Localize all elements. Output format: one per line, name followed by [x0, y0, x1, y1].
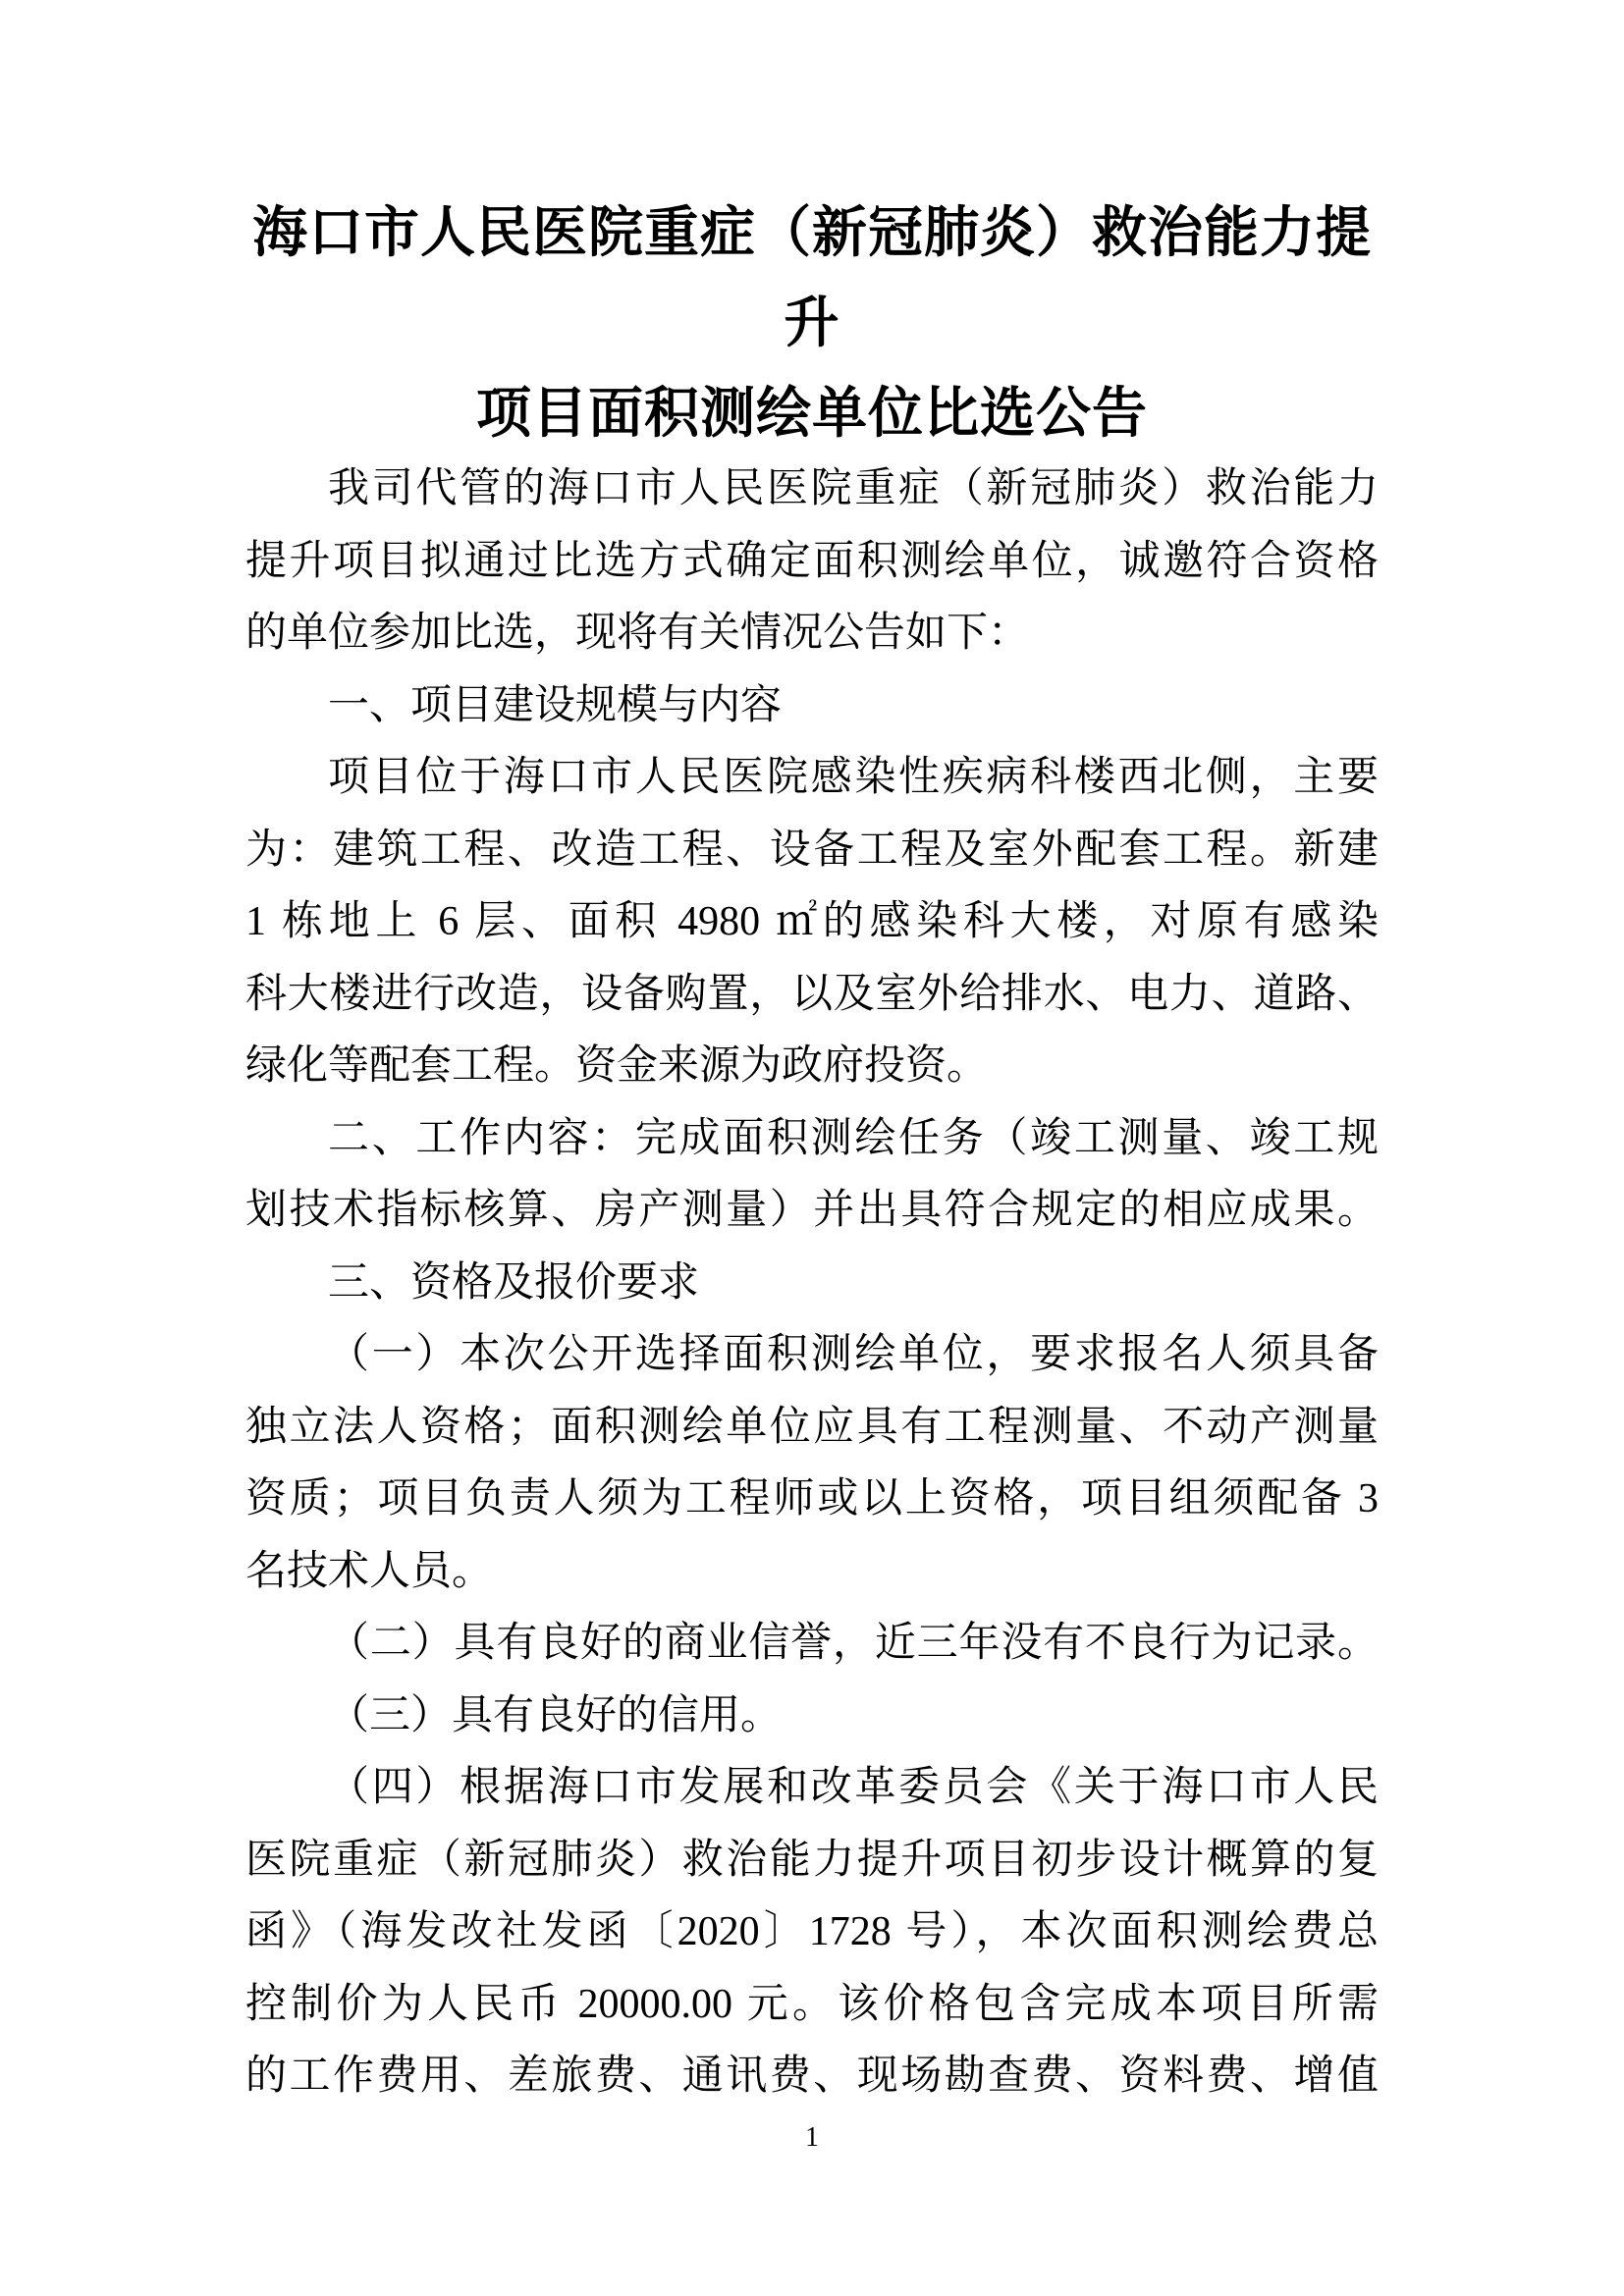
body-line section-heading: 二、工作内容：完成面积测绘任务（竣工测量、竣工规 [245, 1103, 1379, 1176]
body-line: 控制价为人民币 20000.00 元。该价格包含完成本项目所需 [245, 1969, 1379, 2042]
document-body: 我司代管的海口市人民医院重症（新冠肺炎）救治能力 提升项目拟通过比选方式确定面积… [245, 454, 1379, 2113]
document-title: 海口市人民医院重症（新冠肺炎）救治能力提升 项目面积测绘单位比选公告 [245, 188, 1379, 459]
body-line: 名技术人员。 [245, 1536, 1379, 1609]
body-line: （二）具有良好的商业信誉，近三年没有不良行为记录。 [245, 1608, 1379, 1681]
body-line: 划技术指标核算、房产测量）并出具符合规定的相应成果。 [245, 1175, 1379, 1248]
body-line: 的单位参加比选，现将有关情况公告如下： [245, 598, 1379, 670]
body-line: 科大楼进行改造，设备购置，以及室外给排水、电力、道路、 [245, 959, 1379, 1032]
body-line: 独立法人资格；面积测绘单位应具有工程测量、不动产测量 [245, 1392, 1379, 1465]
page-number: 1 [805, 2122, 819, 2153]
body-line section-heading: 三、资格及报价要求 [245, 1248, 1379, 1320]
body-line section-heading: 一、项目建设规模与内容 [245, 670, 1379, 743]
body-line: 医院重症（新冠肺炎）救治能力提升项目初步设计概算的复 [245, 1825, 1379, 1897]
body-line: 资质；项目负责人须为工程师或以上资格，项目组须配备 3 [245, 1464, 1379, 1536]
body-line: 1 栋地上 6 层、面积 4980 ㎡的感染科大楼，对原有感染 [245, 886, 1379, 959]
body-line: 函》（海发改社发函〔2020〕1728 号），本次面积测绘费总 [245, 1896, 1379, 1969]
body-line: 项目位于海口市人民医院感染性疾病科楼西北侧，主要 [245, 742, 1379, 815]
title-line-2: 项目面积测绘单位比选公告 [245, 369, 1379, 459]
body-line: （一）本次公开选择面积测绘单位，要求报名人须具备 [245, 1319, 1379, 1392]
body-line: 绿化等配套工程。资金来源为政府投资。 [245, 1031, 1379, 1103]
title-line-1: 海口市人民医院重症（新冠肺炎）救治能力提升 [245, 188, 1379, 369]
body-line: 的工作费用、差旅费、通讯费、现场勘查费、资料费、增值 [245, 2041, 1379, 2113]
body-line: 为：建筑工程、改造工程、设备工程及室外配套工程。新建 [245, 815, 1379, 887]
page-footer: 1 [0, 2118, 1624, 2158]
body-line: 我司代管的海口市人民医院重症（新冠肺炎）救治能力 [245, 454, 1379, 526]
body-line: （四）根据海口市发展和改革委员会《关于海口市人民 [245, 1752, 1379, 1825]
body-line: 提升项目拟通过比选方式确定面积测绘单位，诚邀符合资格 [245, 526, 1379, 599]
document-page: 海口市人民医院重症（新冠肺炎）救治能力提升 项目面积测绘单位比选公告 我司代管的… [0, 0, 1624, 2296]
body-line: （三）具有良好的信用。 [245, 1681, 1379, 1753]
